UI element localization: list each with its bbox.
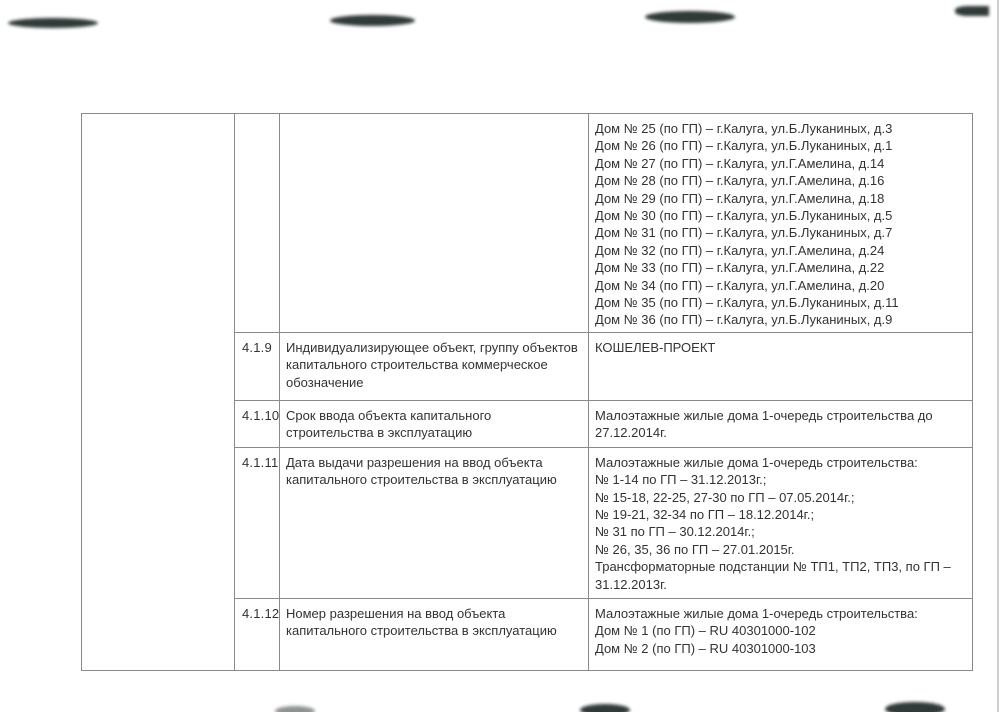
permit-number-line: Дом № 1 (по ГП) – RU 40301000-102 bbox=[595, 622, 966, 639]
section-cell-empty bbox=[82, 114, 235, 671]
row-number: 4.1.10 bbox=[235, 400, 280, 447]
permit-date-line: № 26, 35, 36 по ГП – 27.01.2015г. bbox=[595, 541, 966, 558]
row-number: 4.1.9 bbox=[235, 332, 280, 400]
permit-date-line: № 19-21, 32-34 по ГП – 18.12.2014г.; bbox=[595, 506, 966, 523]
row-label: Срок ввода объекта капитального строител… bbox=[280, 400, 589, 447]
row-number-cell-empty bbox=[235, 114, 280, 333]
row-value: КОШЕЛЕВ-ПРОЕКТ bbox=[589, 332, 973, 400]
permit-number-line: Малоэтажные жилые дома 1-очередь строите… bbox=[595, 605, 966, 622]
house-address-line: Дом № 35 (по ГП) – г.Калуга, ул.Б.Лукани… bbox=[595, 294, 966, 311]
house-address-line: Дом № 32 (по ГП) – г.Калуга, ул.Г.Амелин… bbox=[595, 242, 966, 259]
scan-artifact-top-4 bbox=[955, 6, 989, 16]
scan-page-edge bbox=[997, 0, 999, 712]
permit-date-line: № 15-18, 22-25, 27-30 по ГП – 07.05.2014… bbox=[595, 489, 966, 506]
permit-date-line: № 31 по ГП – 30.12.2014г.; bbox=[595, 523, 966, 540]
row-label-text: Номер разрешения на ввод объекта капитал… bbox=[286, 605, 582, 640]
row-number: 4.1.12 bbox=[235, 598, 280, 670]
scan-artifact-bottom-3 bbox=[885, 702, 945, 712]
row-number: 4.1.11 bbox=[235, 447, 280, 598]
row-label-text: Дата выдачи разрешения на ввод объекта к… bbox=[286, 454, 582, 489]
scan-artifact-top-1 bbox=[8, 18, 98, 28]
scan-artifact-bottom-2 bbox=[580, 704, 630, 712]
house-address-line: Дом № 30 (по ГП) – г.Калуга, ул.Б.Лукани… bbox=[595, 207, 966, 224]
document-table: Дом № 25 (по ГП) – г.Калуга, ул.Б.Лукани… bbox=[81, 113, 973, 671]
house-address-line: Дом № 29 (по ГП) – г.Калуга, ул.Г.Амелин… bbox=[595, 190, 966, 207]
scan-artifact-top-2 bbox=[330, 15, 415, 26]
row-value: Малоэтажные жилые дома 1-очередь строите… bbox=[589, 598, 973, 670]
row-value: Малоэтажные жилые дома 1-очередь строите… bbox=[589, 447, 973, 598]
scan-artifact-top-3 bbox=[645, 11, 735, 23]
scan-artifact-bottom-1 bbox=[275, 706, 315, 712]
house-address-line: Дом № 27 (по ГП) – г.Калуга, ул.Г.Амелин… bbox=[595, 155, 966, 172]
permit-date-line: Трансформаторные подстанции № ТП1, ТП2, … bbox=[595, 558, 966, 593]
row-label-text: Срок ввода объекта капитального строител… bbox=[286, 407, 582, 442]
permit-date-line: Малоэтажные жилые дома 1-очередь строите… bbox=[595, 454, 966, 471]
commercial-name: КОШЕЛЕВ-ПРОЕКТ bbox=[595, 339, 966, 356]
row-value: Малоэтажные жилые дома 1-очередь строите… bbox=[589, 400, 973, 447]
commissioning-deadline: Малоэтажные жилые дома 1-очередь строите… bbox=[595, 407, 966, 442]
permit-number-line: Дом № 2 (по ГП) – RU 40301000-103 bbox=[595, 640, 966, 657]
row-label-cell-empty bbox=[280, 114, 589, 333]
house-address-line: Дом № 34 (по ГП) – г.Калуга, ул.Г.Амелин… bbox=[595, 277, 966, 294]
house-address-line: Дом № 26 (по ГП) – г.Калуга, ул.Б.Лукани… bbox=[595, 137, 966, 154]
row-label: Индивидуализирующее объект, группу объек… bbox=[280, 332, 589, 400]
permit-date-line: № 1-14 по ГП – 31.12.2013г.; bbox=[595, 471, 966, 488]
row-label: Номер разрешения на ввод объекта капитал… bbox=[280, 598, 589, 670]
house-address-line: Дом № 33 (по ГП) – г.Калуга, ул.Г.Амелин… bbox=[595, 259, 966, 276]
row-label: Дата выдачи разрешения на ввод объекта к… bbox=[280, 447, 589, 598]
house-address-line: Дом № 28 (по ГП) – г.Калуга, ул.Г.Амелин… bbox=[595, 172, 966, 189]
house-address-line: Дом № 31 (по ГП) – г.Калуга, ул.Б.Лукани… bbox=[595, 224, 966, 241]
house-address-line: Дом № 25 (по ГП) – г.Калуга, ул.Б.Лукани… bbox=[595, 120, 966, 137]
row-label-text: Индивидуализирующее объект, группу объек… bbox=[286, 339, 582, 391]
table-row-continuation: Дом № 25 (по ГП) – г.Калуга, ул.Б.Лукани… bbox=[82, 114, 973, 333]
house-address-line: Дом № 36 (по ГП) – г.Калуга, ул.Б.Лукани… bbox=[595, 311, 966, 328]
house-address-list: Дом № 25 (по ГП) – г.Калуга, ул.Б.Лукани… bbox=[589, 114, 973, 333]
